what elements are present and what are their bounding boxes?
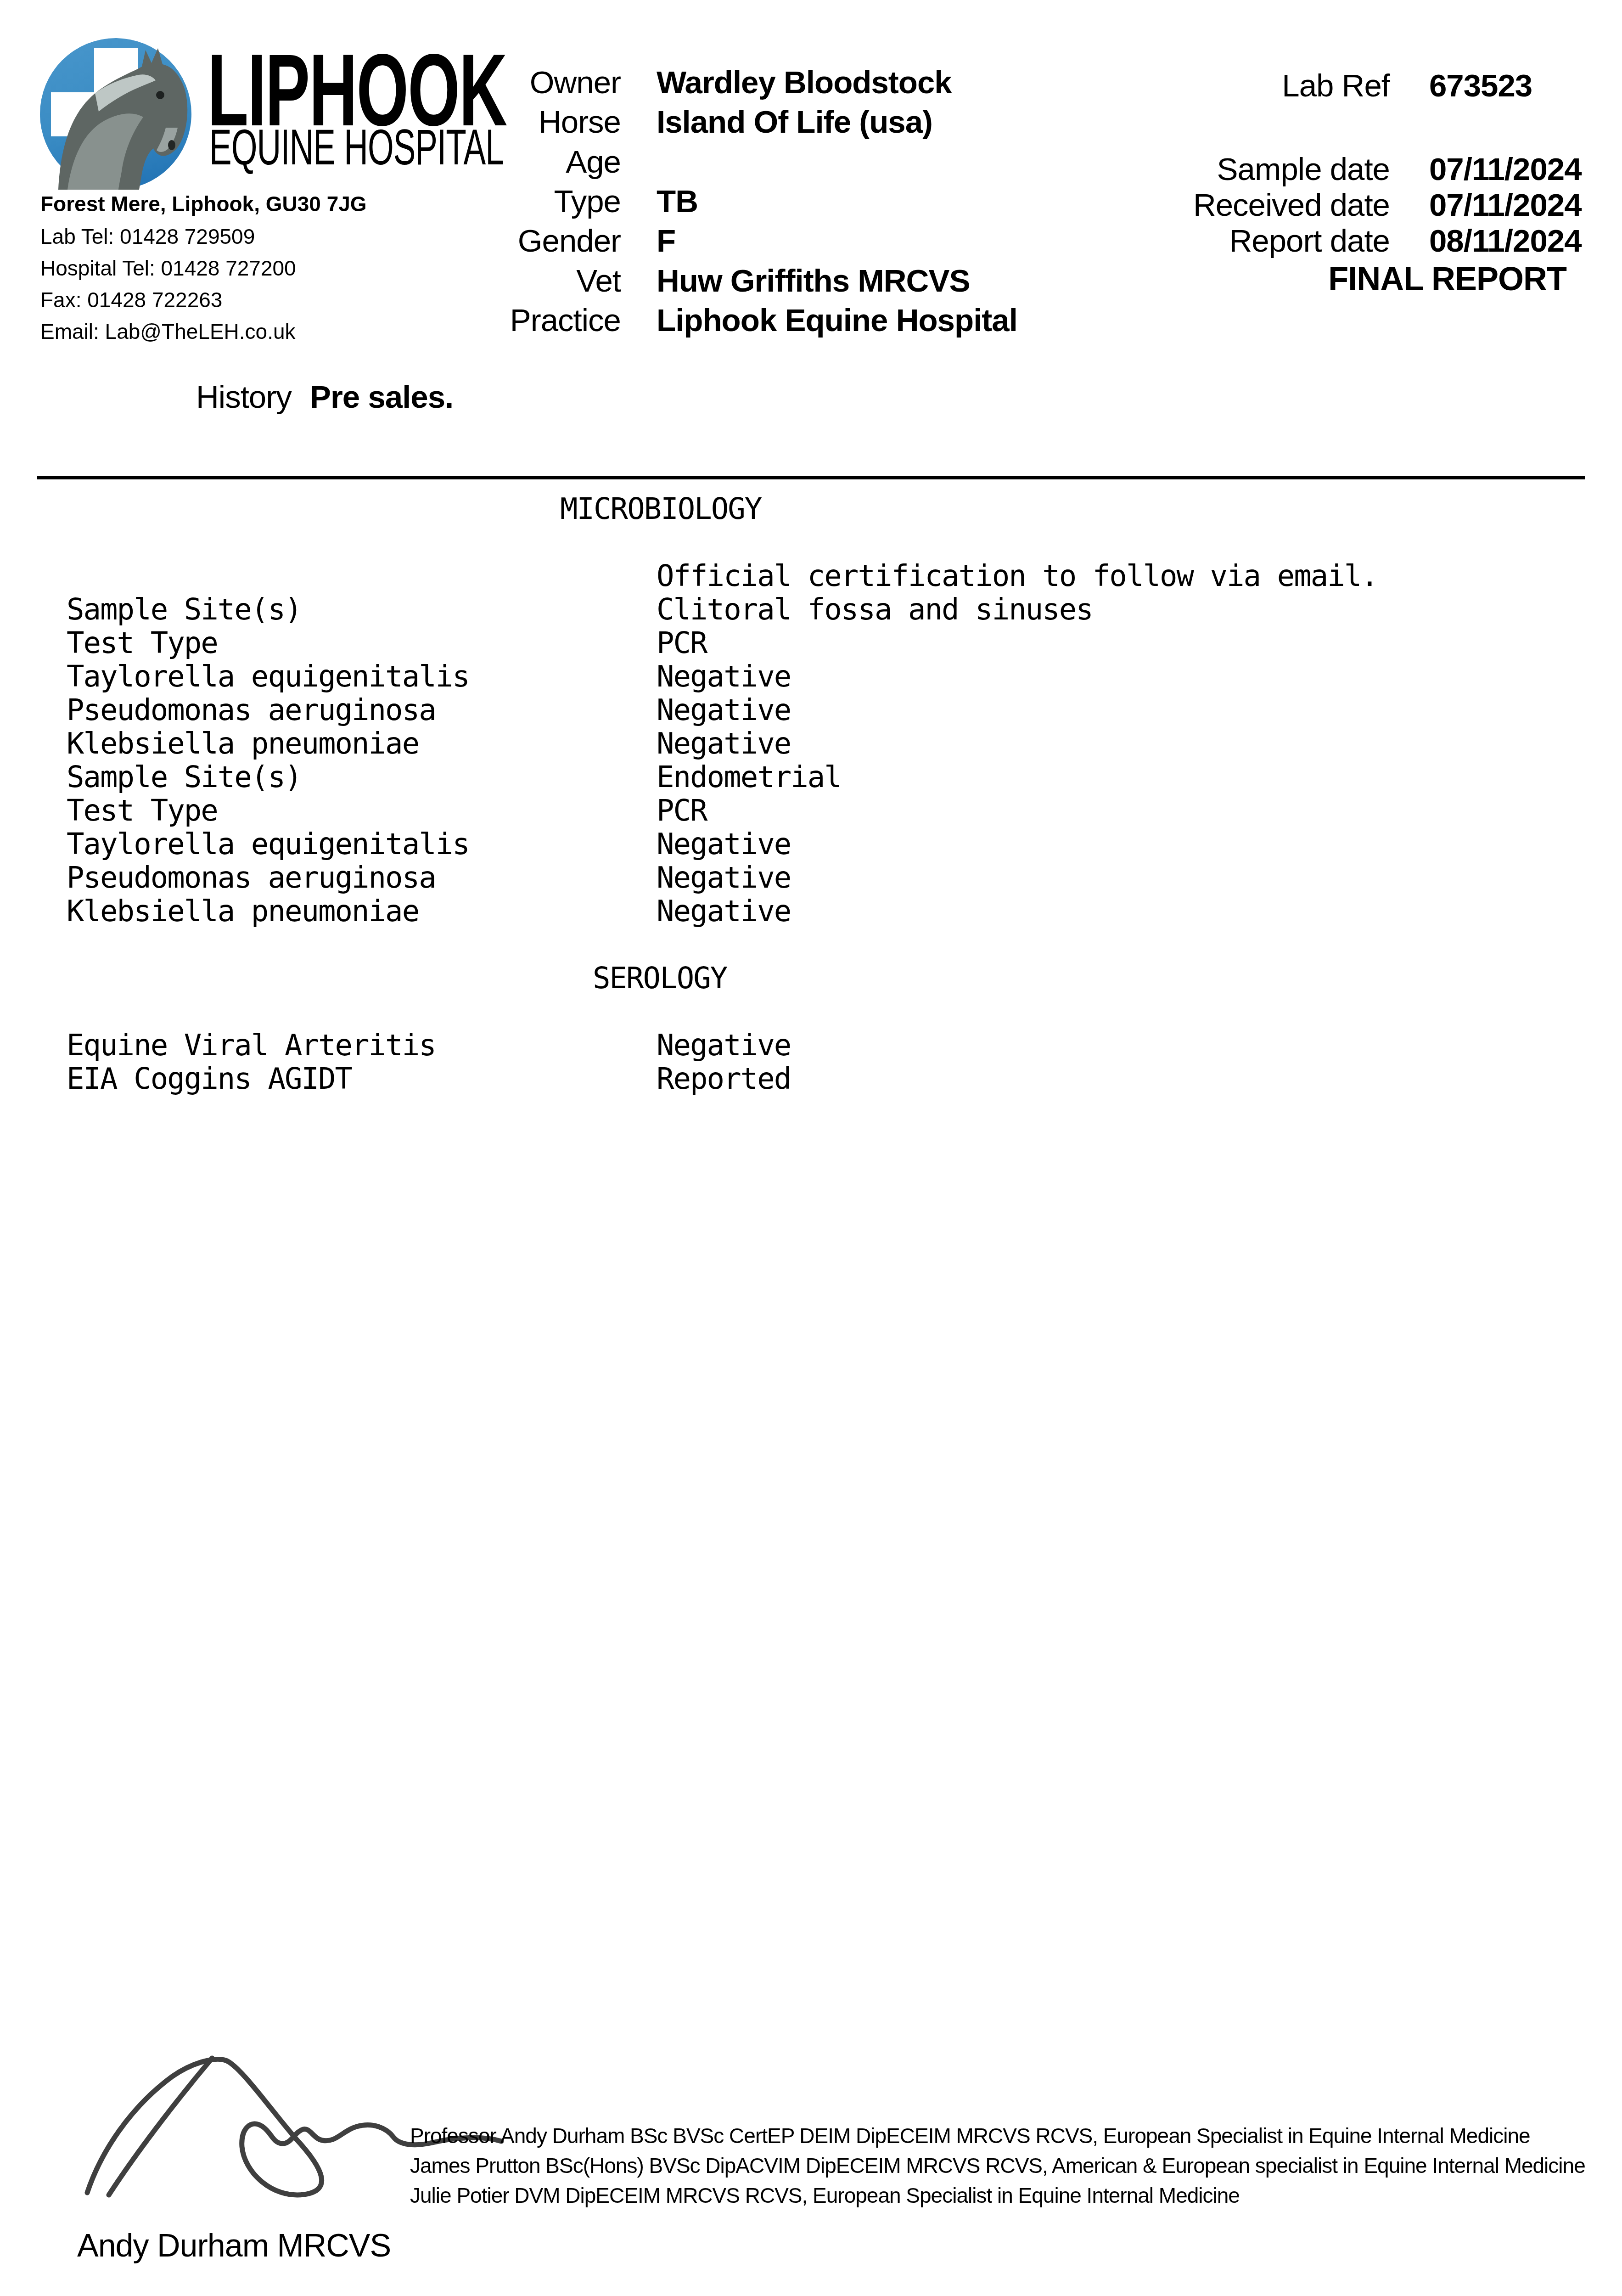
result-value: PCR bbox=[657, 627, 707, 660]
results-block: MICROBIOLOGY Official certification to f… bbox=[0, 493, 1622, 1096]
result-label: Taylorella equigenitalis bbox=[67, 828, 469, 861]
result-row: EIA Coggins AGIDTReported bbox=[0, 1063, 1622, 1096]
result-row: Taylorella equigenitalisNegative bbox=[0, 660, 1622, 694]
blank-row bbox=[0, 929, 1622, 962]
result-value: Negative bbox=[657, 895, 791, 929]
hospital-tel: Hospital Tel: 01428 727200 bbox=[40, 258, 296, 279]
result-value: Negative bbox=[657, 694, 791, 727]
result-label: Equine Viral Arteritis bbox=[67, 1029, 436, 1063]
report-date-label: Report date bbox=[1114, 225, 1390, 257]
credential-line: James Prutton BSc(Hons) BVSc DipACVIM Di… bbox=[410, 2155, 1585, 2176]
lab-report-page: { "brand": { "name": "LIPHOOK", "subtitl… bbox=[0, 0, 1622, 2296]
result-value: Negative bbox=[657, 727, 791, 761]
owner-value: Wardley Bloodstock bbox=[657, 67, 952, 98]
result-value: Reported bbox=[657, 1063, 791, 1096]
practice-value: Liphook Equine Hospital bbox=[657, 304, 1017, 336]
sample-date-value: 07/11/2024 bbox=[1429, 153, 1582, 185]
result-row: Test TypePCR bbox=[0, 794, 1622, 828]
result-value: Negative bbox=[657, 660, 791, 694]
result-label: Klebsiella pneumoniae bbox=[67, 727, 419, 761]
result-value: Clitoral fossa and sinuses bbox=[657, 593, 1093, 627]
credential-line: Professor Andy Durham BSc BVSc CertEP DE… bbox=[410, 2125, 1530, 2146]
result-row: Official certification to follow via ema… bbox=[0, 560, 1622, 593]
lab-ref-value: 673523 bbox=[1429, 70, 1532, 101]
result-label: Klebsiella pneumoniae bbox=[67, 895, 419, 929]
result-row: Sample Site(s)Endometrial bbox=[0, 761, 1622, 794]
sample-date-label: Sample date bbox=[1114, 153, 1390, 185]
blank-row bbox=[0, 526, 1622, 560]
history-label: History bbox=[196, 381, 292, 413]
lab-tel: Lab Tel: 01428 729509 bbox=[40, 226, 255, 247]
gender-label: Gender bbox=[410, 225, 621, 257]
result-row: Taylorella equigenitalisNegative bbox=[0, 828, 1622, 861]
result-value: Negative bbox=[657, 1029, 791, 1063]
result-value: Endometrial bbox=[657, 761, 841, 794]
lab-ref-label: Lab Ref bbox=[1114, 70, 1390, 101]
horse-value: Island Of Life (usa) bbox=[657, 106, 932, 138]
blank-row bbox=[0, 996, 1622, 1029]
result-label: Sample Site(s) bbox=[67, 593, 301, 627]
vet-value: Huw Griffiths MRCVS bbox=[657, 265, 970, 297]
history-value: Pre sales. bbox=[310, 381, 453, 413]
report-status-badge: FINAL REPORT bbox=[1107, 263, 1566, 296]
email: Email: Lab@TheLEH.co.uk bbox=[40, 321, 296, 342]
credential-line: Julie Potier DVM DipECEIM MRCVS RCVS, Eu… bbox=[410, 2185, 1240, 2206]
result-label: Sample Site(s) bbox=[67, 761, 301, 794]
type-label: Type bbox=[410, 186, 621, 217]
result-label: Test Type bbox=[67, 794, 218, 828]
fax: Fax: 01428 722263 bbox=[40, 289, 222, 310]
result-value: Official certification to follow via ema… bbox=[657, 560, 1378, 593]
report-date-value: 08/11/2024 bbox=[1429, 225, 1582, 257]
section-title-row: SEROLOGY bbox=[0, 962, 1622, 996]
gender-value: F bbox=[657, 225, 675, 257]
horizontal-divider bbox=[37, 476, 1585, 479]
type-value: TB bbox=[657, 186, 698, 217]
result-label: Pseudomonas aeruginosa bbox=[67, 861, 436, 895]
result-label: Pseudomonas aeruginosa bbox=[67, 694, 436, 727]
result-row: Test TypePCR bbox=[0, 627, 1622, 660]
result-label: EIA Coggins AGIDT bbox=[67, 1063, 352, 1096]
result-row: Sample Site(s)Clitoral fossa and sinuses bbox=[0, 593, 1622, 627]
result-value: PCR bbox=[657, 794, 707, 828]
result-row: Klebsiella pneumoniaeNegative bbox=[0, 895, 1622, 929]
vet-label: Vet bbox=[410, 265, 621, 297]
result-value: Negative bbox=[657, 828, 791, 861]
result-label: Taylorella equigenitalis bbox=[67, 660, 469, 694]
practice-label: Practice bbox=[410, 304, 621, 336]
result-row: Pseudomonas aeruginosaNegative bbox=[0, 861, 1622, 895]
result-row: Klebsiella pneumoniaeNegative bbox=[0, 727, 1622, 761]
hospital-address: Forest Mere, Liphook, GU30 7JG bbox=[40, 193, 367, 214]
horse-head-icon bbox=[40, 38, 191, 190]
signatory-name: Andy Durham MRCVS bbox=[77, 2227, 391, 2264]
received-date-value: 07/11/2024 bbox=[1429, 189, 1582, 221]
result-value: Negative bbox=[657, 861, 791, 895]
result-row: Equine Viral ArteritisNegative bbox=[0, 1029, 1622, 1063]
horse-label: Horse bbox=[410, 106, 621, 138]
microbiology-section-title: MICROBIOLOGY bbox=[560, 493, 761, 526]
result-row: Pseudomonas aeruginosaNegative bbox=[0, 694, 1622, 727]
age-label: Age bbox=[410, 146, 621, 178]
section-title-row: MICROBIOLOGY bbox=[0, 493, 1622, 526]
serology-section-title: SEROLOGY bbox=[593, 962, 727, 996]
owner-label: Owner bbox=[410, 67, 621, 98]
result-label: Test Type bbox=[67, 627, 218, 660]
received-date-label: Received date bbox=[1114, 189, 1390, 221]
